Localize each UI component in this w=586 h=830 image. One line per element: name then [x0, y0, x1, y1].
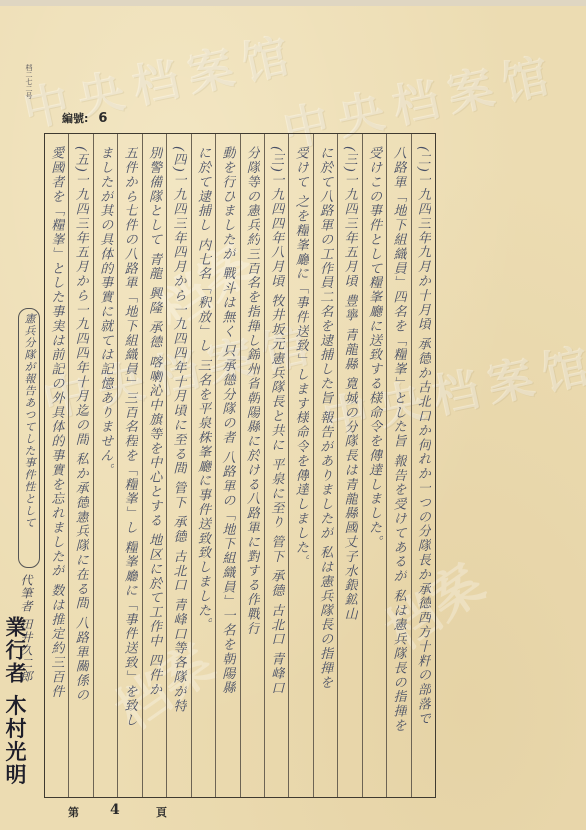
text-column: 五件から七件の八路軍「地下組織員」三百名程を「糧峯」し 糧峯廳に「事件送致」を致… — [117, 134, 141, 797]
serial-number: 編號:6 — [62, 110, 107, 126]
author-signature: 業行者 木村光明 — [0, 616, 30, 786]
archive-watermark: 中央档案馆 — [16, 18, 304, 141]
text-column: に於て逮捕し 内七名「釈放」し 三名を平泉株峯廳に事件送致致しました。 — [191, 134, 215, 797]
serial-label: 編號: — [62, 112, 88, 125]
text-column: ましたが其の具体的事實に就ては記憶ありません。 — [93, 134, 117, 797]
column-text: ましたが其の具体的事實に就ては記憶ありません。 — [94, 146, 117, 786]
column-text: 受けて 之を糧峯廳に「事件送致」します様命令を傳達しました。 — [289, 146, 312, 786]
manuscript-grid: (二)一九四三年九月か十月頃 承德か古北口か何れか一つの分隊長か承德西方十粁の部… — [44, 133, 436, 798]
margin-annotation: 憲兵分隊が報告あつてした事件性として — [18, 308, 40, 568]
page-number: 4 — [110, 802, 120, 818]
document-page: 中央档案馆 中央档案馆 中央档案馆 中央档案馆 档案 档案 档案 档二七二号 編… — [0, 0, 586, 830]
column-text: 動を行ひましたが 戰斗は無く 只承德分隊の者 八路軍の「地下組織員」一名を朝陽縣 — [216, 146, 239, 786]
text-column: (四)一九四三年四月から一九四四年十月頃に至る間 管下 承德 古北口 青峰口等各… — [166, 134, 190, 797]
text-column: に於て八路軍の工作員二名を逮捕した旨 報告がありましたが 私は憲兵隊長の指揮を — [313, 134, 337, 797]
margin-stamp: 档二七二号 — [24, 64, 34, 99]
page-suffix: 頁 — [156, 804, 167, 820]
column-text: に於て逮捕し 内七名「釈放」し 三名を平泉株峯廳に事件送致致しました。 — [192, 146, 215, 786]
column-text: (二)一九四三年九月か十月頃 承德か古北口か何れか一つの分隊長か承德西方十粁の部… — [412, 146, 435, 786]
text-column: 動を行ひましたが 戰斗は無く 只承德分隊の者 八路軍の「地下組織員」一名を朝陽縣 — [215, 134, 239, 797]
column-text: (三)一九四三年五月頃 豊寧 青龍縣 寛城の分隊長は青龍縣國丈子水銀鉱山 — [338, 146, 361, 786]
page-prefix: 第 — [68, 806, 79, 819]
column-text: 五件から七件の八路軍「地下組織員」三百名程を「糧峯」し 糧峯廳に「事件送致」を致… — [118, 146, 141, 786]
column-text: (三)一九四四年八月頃 牧井坂元憲兵隊長と共に 平泉に至り 管下 承德 古北口 … — [265, 146, 288, 786]
column-text: 愛國者を「糧峯」とした事実は前記の外具体的事實を忘れましたが 数は推定約三百件 — [45, 146, 68, 786]
text-column: 受けて 之を糧峯廳に「事件送致」します様命令を傳達しました。 — [288, 134, 312, 797]
text-column: (二)一九四三年九月か十月頃 承德か古北口か何れか一つの分隊長か承德西方十粁の部… — [411, 134, 435, 797]
text-column: (三)一九四四年八月頃 牧井坂元憲兵隊長と共に 平泉に至り 管下 承德 古北口 … — [264, 134, 288, 797]
column-text: 分隊等の憲兵約三百名を指揮し錦州省朝陽縣に於ける八路軍に對する作戰行 — [241, 146, 264, 786]
column-text: (五)一九四三年五月から一九四四年十月迄の間 私か承德憲兵隊に在る間 八路軍關係… — [69, 146, 92, 786]
column-text: 八路軍「地下組織員」四名を「糧峯」とした旨 報告を受けてあるが 私は憲兵隊長の指… — [387, 146, 410, 786]
text-column: 別警備隊として 青龍 興隆 承德 喀喇沁中旗等を中心とする 地区に於て工作中 四… — [142, 134, 166, 797]
text-column: 愛國者を「糧峯」とした事実は前記の外具体的事實を忘れましたが 数は推定約三百件 — [45, 134, 68, 797]
text-column: 受けこの事件として糧峯廳に送致する様命令を傳達しました。 — [362, 134, 386, 797]
text-column: (五)一九四三年五月から一九四四年十月迄の間 私か承德憲兵隊に在る間 八路軍關係… — [68, 134, 92, 797]
column-text: (四)一九四三年四月から一九四四年十月頃に至る間 管下 承德 古北口 青峰口等各… — [167, 146, 190, 786]
text-column: (三)一九四三年五月頃 豊寧 青龍縣 寛城の分隊長は青龍縣國丈子水銀鉱山 — [337, 134, 361, 797]
serial-value: 6 — [98, 111, 107, 126]
text-column: 分隊等の憲兵約三百名を指揮し錦州省朝陽縣に於ける八路軍に對する作戰行 — [240, 134, 264, 797]
page-footer: 第 4 頁 — [68, 804, 79, 820]
column-text: 受けこの事件として糧峯廳に送致する様命令を傳達しました。 — [363, 146, 386, 786]
text-column: 八路軍「地下組織員」四名を「糧峯」とした旨 報告を受けてあるが 私は憲兵隊長の指… — [386, 134, 410, 797]
column-text: 別警備隊として 青龍 興隆 承德 喀喇沁中旗等を中心とする 地区に於て工作中 四… — [143, 146, 166, 786]
column-text: に於て八路軍の工作員二名を逮捕した旨 報告がありましたが 私は憲兵隊長の指揮を — [314, 146, 337, 786]
